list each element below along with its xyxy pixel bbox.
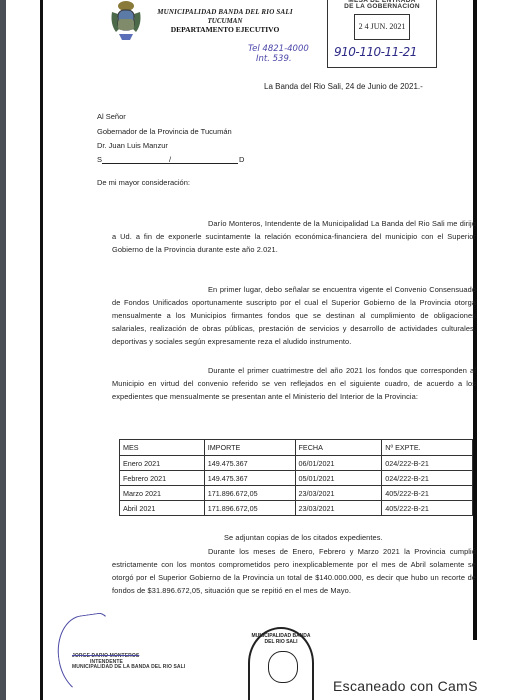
addressee-line-1: Al Señor [97,112,126,121]
paragraph-5-text: Durante los meses de Enero, Febrero y Ma… [112,547,476,595]
paragraph-1: Darío Monteros, Intendente de la Municip… [112,217,476,256]
cell-fecha: 23/03/2021 [295,486,382,501]
seal-text: MUNICIPALIDAD BANDA DEL RIO SALI [250,633,312,645]
cell-mes: Febrero 2021 [120,471,205,486]
paragraph-5: Durante los meses de Enero, Febrero y Ma… [112,545,476,597]
stamp-subtitle: DE LA GOBERNACION [328,3,436,10]
official-seal-icon: MUNICIPALIDAD BANDA DEL RIO SALI [248,627,314,700]
paragraph-2-text: En primer lugar, debo señalar se encuent… [112,285,476,346]
cell-fecha: 05/01/2021 [295,471,382,486]
sd-slash: / [169,155,171,164]
paragraph-4-text: Se adjuntan copias de los citados expedi… [224,533,383,542]
header-mes: MES [120,440,205,456]
paragraph-2: En primer lugar, debo señalar se encuent… [112,283,476,348]
header-importe: IMPORTE [204,440,295,456]
reception-stamp: MESA DE ENTRADA DE LA GOBERNACION 2 4 JU… [327,0,437,68]
table-header-row: MES IMPORTE FECHA Nº EXPTE. [120,440,473,456]
seal-emblem-icon [268,651,298,683]
handwritten-extension: Int. 539. [248,54,309,64]
handwritten-phone: Tel 4821-4000 [248,44,309,54]
cell-fecha: 06/01/2021 [295,456,382,471]
header-expte: Nº EXPTE. [382,440,473,456]
cell-expte: 405/222-B-21 [382,486,473,501]
cell-fecha: 23/03/2021 [295,501,382,516]
municipality-name: MUNICIPALIDAD BANDA DEL RIO SALI [150,8,300,17]
letter-date: La Banda del Rio Sali, 24 de Junio de 20… [264,82,423,91]
handwritten-phone-note: Tel 4821-4000 Int. 539. [248,44,309,64]
sd-d: D [239,155,244,164]
province-name: TUCUMAN [150,17,300,25]
scanner-watermark: Escaneado con CamS [333,678,478,694]
stamp-file-number: 910-110-11-21 [334,45,417,59]
paragraph-4: Se adjuntan copias de los citados expedi… [112,531,476,544]
funds-table: MES IMPORTE FECHA Nº EXPTE. Enero 2021 1… [119,439,473,516]
cell-importe: 149.475.367 [204,471,295,486]
coat-of-arms-icon [106,0,146,42]
header-fecha: FECHA [295,440,382,456]
page-edge-left [40,0,43,700]
cell-importe: 171.896.672,05 [204,486,295,501]
viewer-left-strip [0,0,6,700]
paragraph-3-text: Durante el primer cuatrimestre del año 2… [112,366,476,401]
table-row: Febrero 2021 149.475.367 05/01/2021 024/… [120,471,473,486]
table-row: Marzo 2021 171.896.672,05 23/03/2021 405… [120,486,473,501]
paragraph-1-text: Darío Monteros, Intendente de la Municip… [112,219,476,254]
cell-mes: Abril 2021 [120,501,205,516]
cell-expte: 024/222-B-21 [382,471,473,486]
cell-expte: 024/222-B-21 [382,456,473,471]
department-name: DEPARTAMENTO EJECUTIVO [150,26,300,34]
addressee-line-2: Gobernador de la Provincia de Tucumán [97,127,232,136]
cell-importe: 171.896.672,05 [204,501,295,516]
stamp-date: 2 4 JUN. 2021 [354,14,410,40]
addressee-line-3: Dr. Juan Luis Manzur [97,141,168,150]
salutation: De mi mayor consideración: [97,178,190,187]
signature-block: JORGE DARIO MONTEROS INTENDENTE MUNICIPA… [72,654,185,671]
cell-mes: Enero 2021 [120,456,205,471]
signer-org: MUNICIPALIDAD DE LA BANDA DEL RIO SALI [72,665,185,671]
paragraph-3: Durante el primer cuatrimestre del año 2… [112,364,476,403]
cell-expte: 405/222-B-21 [382,501,473,516]
table-row: Abril 2021 171.896.672,05 23/03/2021 405… [120,501,473,516]
cell-importe: 149.475.367 [204,456,295,471]
table-row: Enero 2021 149.475.367 06/01/2021 024/22… [120,456,473,471]
cell-mes: Marzo 2021 [120,486,205,501]
